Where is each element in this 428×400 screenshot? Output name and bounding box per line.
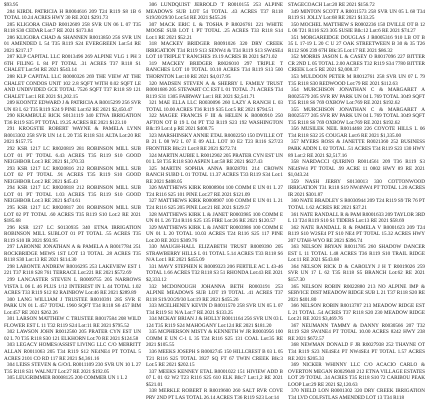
tax-list-entry: 328 MATTHEWS KIRK L & JANET R0003985 100… [146,212,283,225]
tax-list-entry: 319 MACKEY BRIDGER R0026010 297 TRIPLE T… [146,61,283,81]
tax-list-entry: 331 MAVY STEPHEN K R0009323 206 FERTILE … [146,264,283,284]
column-2: 306 LUNDQUIST JERROLD T R0010155 253 ALP… [146,2,283,400]
tax-list-entry: 361 NATE RANDALL R & PAM R0001633 209 TA… [288,212,425,225]
tax-list-entry: 295 KSR 1217 LC R0020817 201 ROBINSON MI… [4,205,141,225]
tax-list-entry: 306 LUNDQUIST JERROLD T R0010155 253 ALP… [146,2,283,22]
tax-list-entry: 336 MEEKS JOSEPH S R0002745 150 HILLCRES… [146,349,283,369]
tax-list-entry: 304 LEISS STEVEN & G/O/L R0011109 230 SV… [4,362,141,375]
tax-list-entry: 354 MURCHISON JONATHAN C & MARGARET A R0… [288,87,425,107]
tax-list-page: $93.95284 KIRDL PATRICIA H R0004616 209 … [0,0,428,400]
tax-list-entry: 370 NIELD LON R0001302 320 DRY CREEK IRR… [288,388,425,400]
tax-list-entry: 324 MARTIN AUBIE L R0012902 205 PRATER C… [146,153,283,166]
tax-list-entry: 305 LEUGRIMMER R0008125 200 COMMER UN 1 … [4,375,141,382]
tax-list-entry: 288 KLP CAPITAL LLC R0000326 269 THE VIE… [4,74,141,100]
tax-list-entry: 352 MORRIS JASON L & CASEY O R0017096 22… [288,54,425,74]
tax-list-entry: 368 NEWMAN DONALD F JR R0027938 252 THAY… [288,342,425,362]
tax-list-entry: 353 MULDOON PETER M R0012761 258 SVR UN … [288,74,425,87]
tax-list-entry: 301 LARSON MATTHEW C TRUSTEE R0017584 20… [4,316,141,329]
tax-list-entry: 357 MYERS ROSS & JANETTE R0021360 252 BU… [288,139,425,159]
tax-list-entry: 294 KSR 1217 LC R0020818 212 ROBINSON MI… [4,185,141,205]
tax-list-entry: 364 NELSON RICK D & CAROLYN J H T R00190… [288,264,425,284]
tax-list-entry: 292 KSR 1217 LC R0020819 281 ROBINSON MI… [4,146,141,166]
column-3: STAGECOACH Lot:20 RE 2021 $156.72349 MIN… [288,2,425,400]
tax-list-entry: 322 MAGEE FRANCIS F III & HELEN K R00009… [146,113,283,133]
tax-list-entry: 350 MOCHEL MATTHEW S R0002236 150 DVILLE… [288,22,425,35]
tax-list-entry: 302 LAWSON JOHN R0012560 205 PRATER CYN … [4,329,141,342]
tax-list-entry: 326 MATTHEWS KIRK R0008904 100 COMM E UN… [146,185,283,198]
tax-list-entry: 325 MARTIN SOPHIA ANNA R0028701 214 CROW… [146,166,283,186]
tax-list-entry: 296 KSR 1217 LC S0130935 340 ETNA IRRIGA… [4,225,141,245]
tax-list-entry: 362 NATE RANDALL R & PAMELA V R0001623 2… [288,225,425,245]
tax-list-entry: 297 LABONNE JONATHAN A & PAMELA A R00177… [4,244,141,264]
tax-list-entry: 298 LABONTE ANDREW R0016295 253 LAKEVIEW… [4,264,141,277]
tax-list-entry: 349 MINTON SCOTT A R0011573 258 SVR UN 0… [288,9,425,22]
tax-list-entry: 307 MACK ERIC L & TOSHA P R0026761 221 W… [146,22,283,42]
tax-list-entry: 299 LANCASTER STEVEN L R0009755 205 NARR… [4,277,141,297]
tax-list-entry: 327 MATTHEWS KIRK R0008907 100 COMM E UN… [146,198,283,211]
tax-list-entry: 290 KRAMBULE RICK S0131119 340 ETNA IRRI… [4,113,141,126]
tax-list-entry: 287 KLP CAPITAL LLC R0013496 269 ALPINE … [4,54,141,74]
tax-list-entry: 332 MCDONOUGH JOHANNA BETH R0003191 253 … [146,284,283,304]
tax-list-entry: 367 NEUMANN TAMMY & DANNY R0030566 207 T… [288,323,425,343]
tax-list-entry: 356 MUSILEK NEIL R0014468 226 COYOTE HIL… [288,126,425,139]
tax-list-entry: 329 MATTHEWS KIRK L & JANET R0003986 100… [146,225,283,245]
tax-list-entry: 291 KROGSTIE ROBERT WAYNE & PAMELA LYNN … [4,126,141,146]
tax-list-entry: 293 KSR 1217 LC R0020816 212 ROBINSON MI… [4,166,141,186]
tax-list-entry: 351 MORGAREIDGE DOUGLAS J R0005316 910 L… [288,35,425,55]
tax-list-entry: 334 MCKAY BRIAN J & HOLLY R0011164 256 S… [146,316,283,329]
tax-list-entry: 365 NELSON ROBIN R0022880 213 NO ALPINE … [288,284,425,304]
tax-list-entry: 286 KLIGORA CHAD & SHANNEN R0013850 256 … [4,35,141,55]
column-1: $93.95284 KIRDL PATRICIA H R0004616 209 … [4,2,141,400]
tax-list-entry: 333 MCELHENEY KEVIN D R0011570 258 SVR U… [146,303,283,316]
tax-list-entry: 360 NATE BRADLEY S R0030944 209 T24 R119… [288,198,425,211]
tax-list-entry: 359 NASH JERRY S0130013 330 COTTONWOOD I… [288,179,425,199]
tax-list-entry: 320 MADSEN STEVEN A & SHERRY L FAMILY TR… [146,81,283,101]
tax-list-entry: 358 NARDACCI QUIRINO R0014561 209 T36 R1… [288,159,425,179]
tax-list-entry: 289 KOONTZ EDWARD J & PATRICIA A R001529… [4,100,141,113]
tax-list-entry: 366 NELSON ROBIN R0013787 213 MEADOW RID… [288,303,425,323]
tax-list-entry: 363 NELSON BRYAN R0011785 260 SHADOW DAN… [288,244,425,264]
tax-list-entry: 303 LEGACY HOMES/ASSIST LIVING LLC C/O M… [4,342,141,362]
tax-list-entry: 330 MAUGH-HALL ELIZABETH TRUST R0009390 … [146,244,283,264]
tax-list-entry: 338 MERKLE ROBERT R R0019600 260 SALT RV… [146,388,283,400]
tax-list-entry: 337 MEEKS KENNEY ETAL R0001022 151 HIVIE… [146,369,283,389]
tax-list-entry: 355 MURCHISON JONATHAN C & MARGARET A R0… [288,107,425,127]
tax-list-entry: 284 KIRDL PATRICIA H R0004616 209 T24 R1… [4,9,141,22]
tax-list-entry: 285 KLIGORA CHAD R0012609 258 SVR UN 06 … [4,22,141,35]
tax-list-entry: 321 MAE ELLA LLC R0030096 260 LAZY A RAN… [146,100,283,113]
tax-list-entry: 323 MARSHINSKY ANNIE ETAL R0002250 150 D… [146,133,283,153]
tax-list-entry: 369 NICKER WHINNY LLC C/O ACACIO CARLO &… [288,362,425,388]
tax-list-entry: 335 MCPHERSON MISTY & KENNETH W JR R0003… [146,329,283,349]
tax-list-entry: 318 MACKEY BRIDGER R0091026 320 DRY CREE… [146,41,283,61]
tax-list-entry: 300 LANG WILLIAM J TRUSTEE R0010391 285 … [4,297,141,317]
